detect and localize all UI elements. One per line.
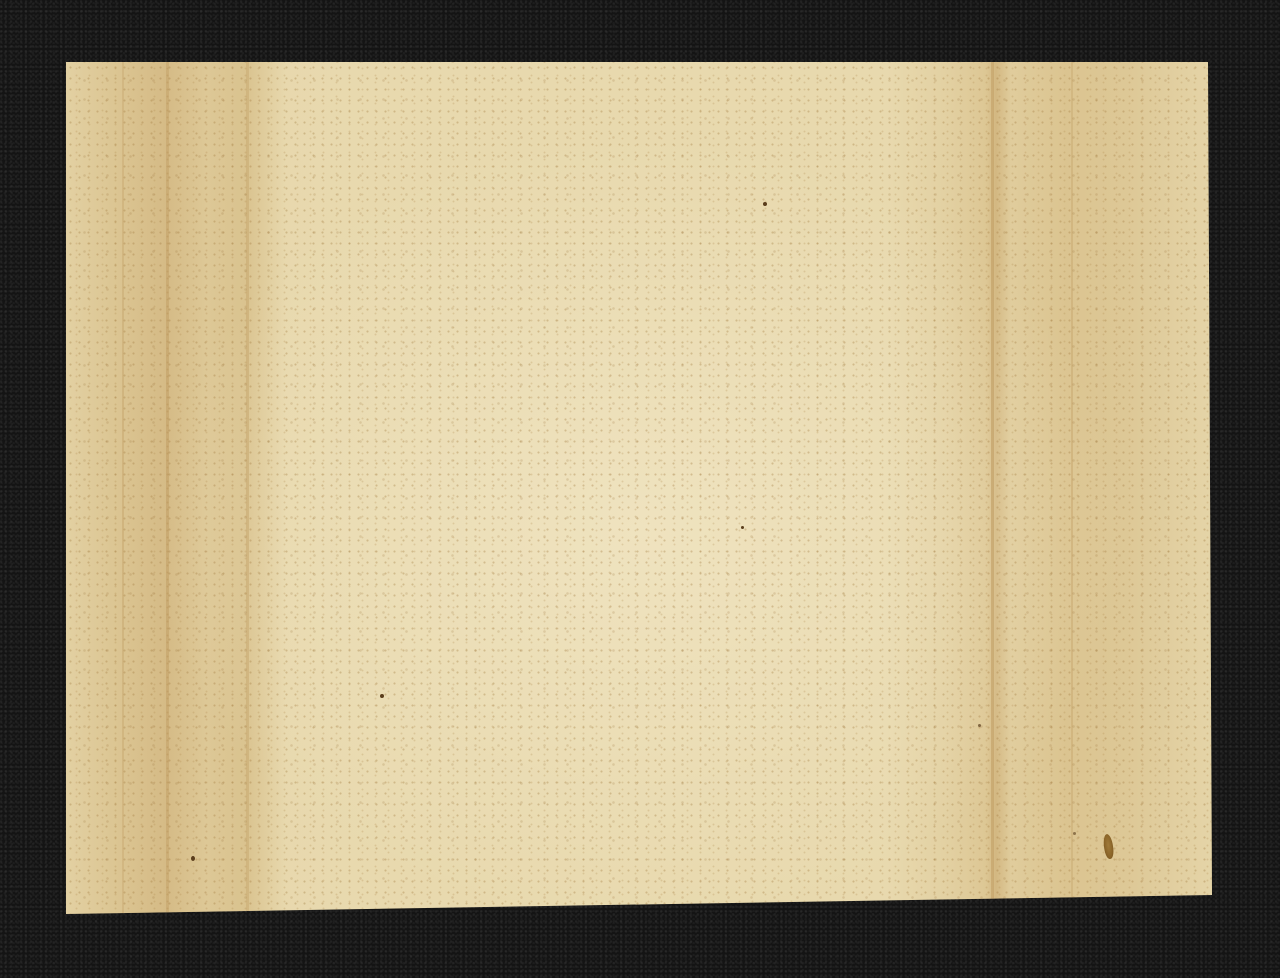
stain-line-right-2 bbox=[1071, 62, 1073, 914]
foxing-specks bbox=[66, 62, 1212, 914]
photo-scene bbox=[0, 0, 1280, 978]
aged-paper-sheet bbox=[66, 62, 1212, 914]
dark-spot bbox=[978, 724, 981, 727]
dark-spot bbox=[1073, 832, 1076, 835]
dark-spot bbox=[380, 694, 384, 698]
dark-spot bbox=[763, 202, 767, 206]
dark-spot bbox=[191, 856, 195, 861]
stain-line-left-2 bbox=[166, 62, 169, 914]
stain-line-left-1 bbox=[122, 62, 124, 914]
stain-line-left-3 bbox=[246, 62, 249, 914]
stain-line-right-1 bbox=[991, 62, 994, 914]
dark-spot bbox=[741, 526, 744, 529]
